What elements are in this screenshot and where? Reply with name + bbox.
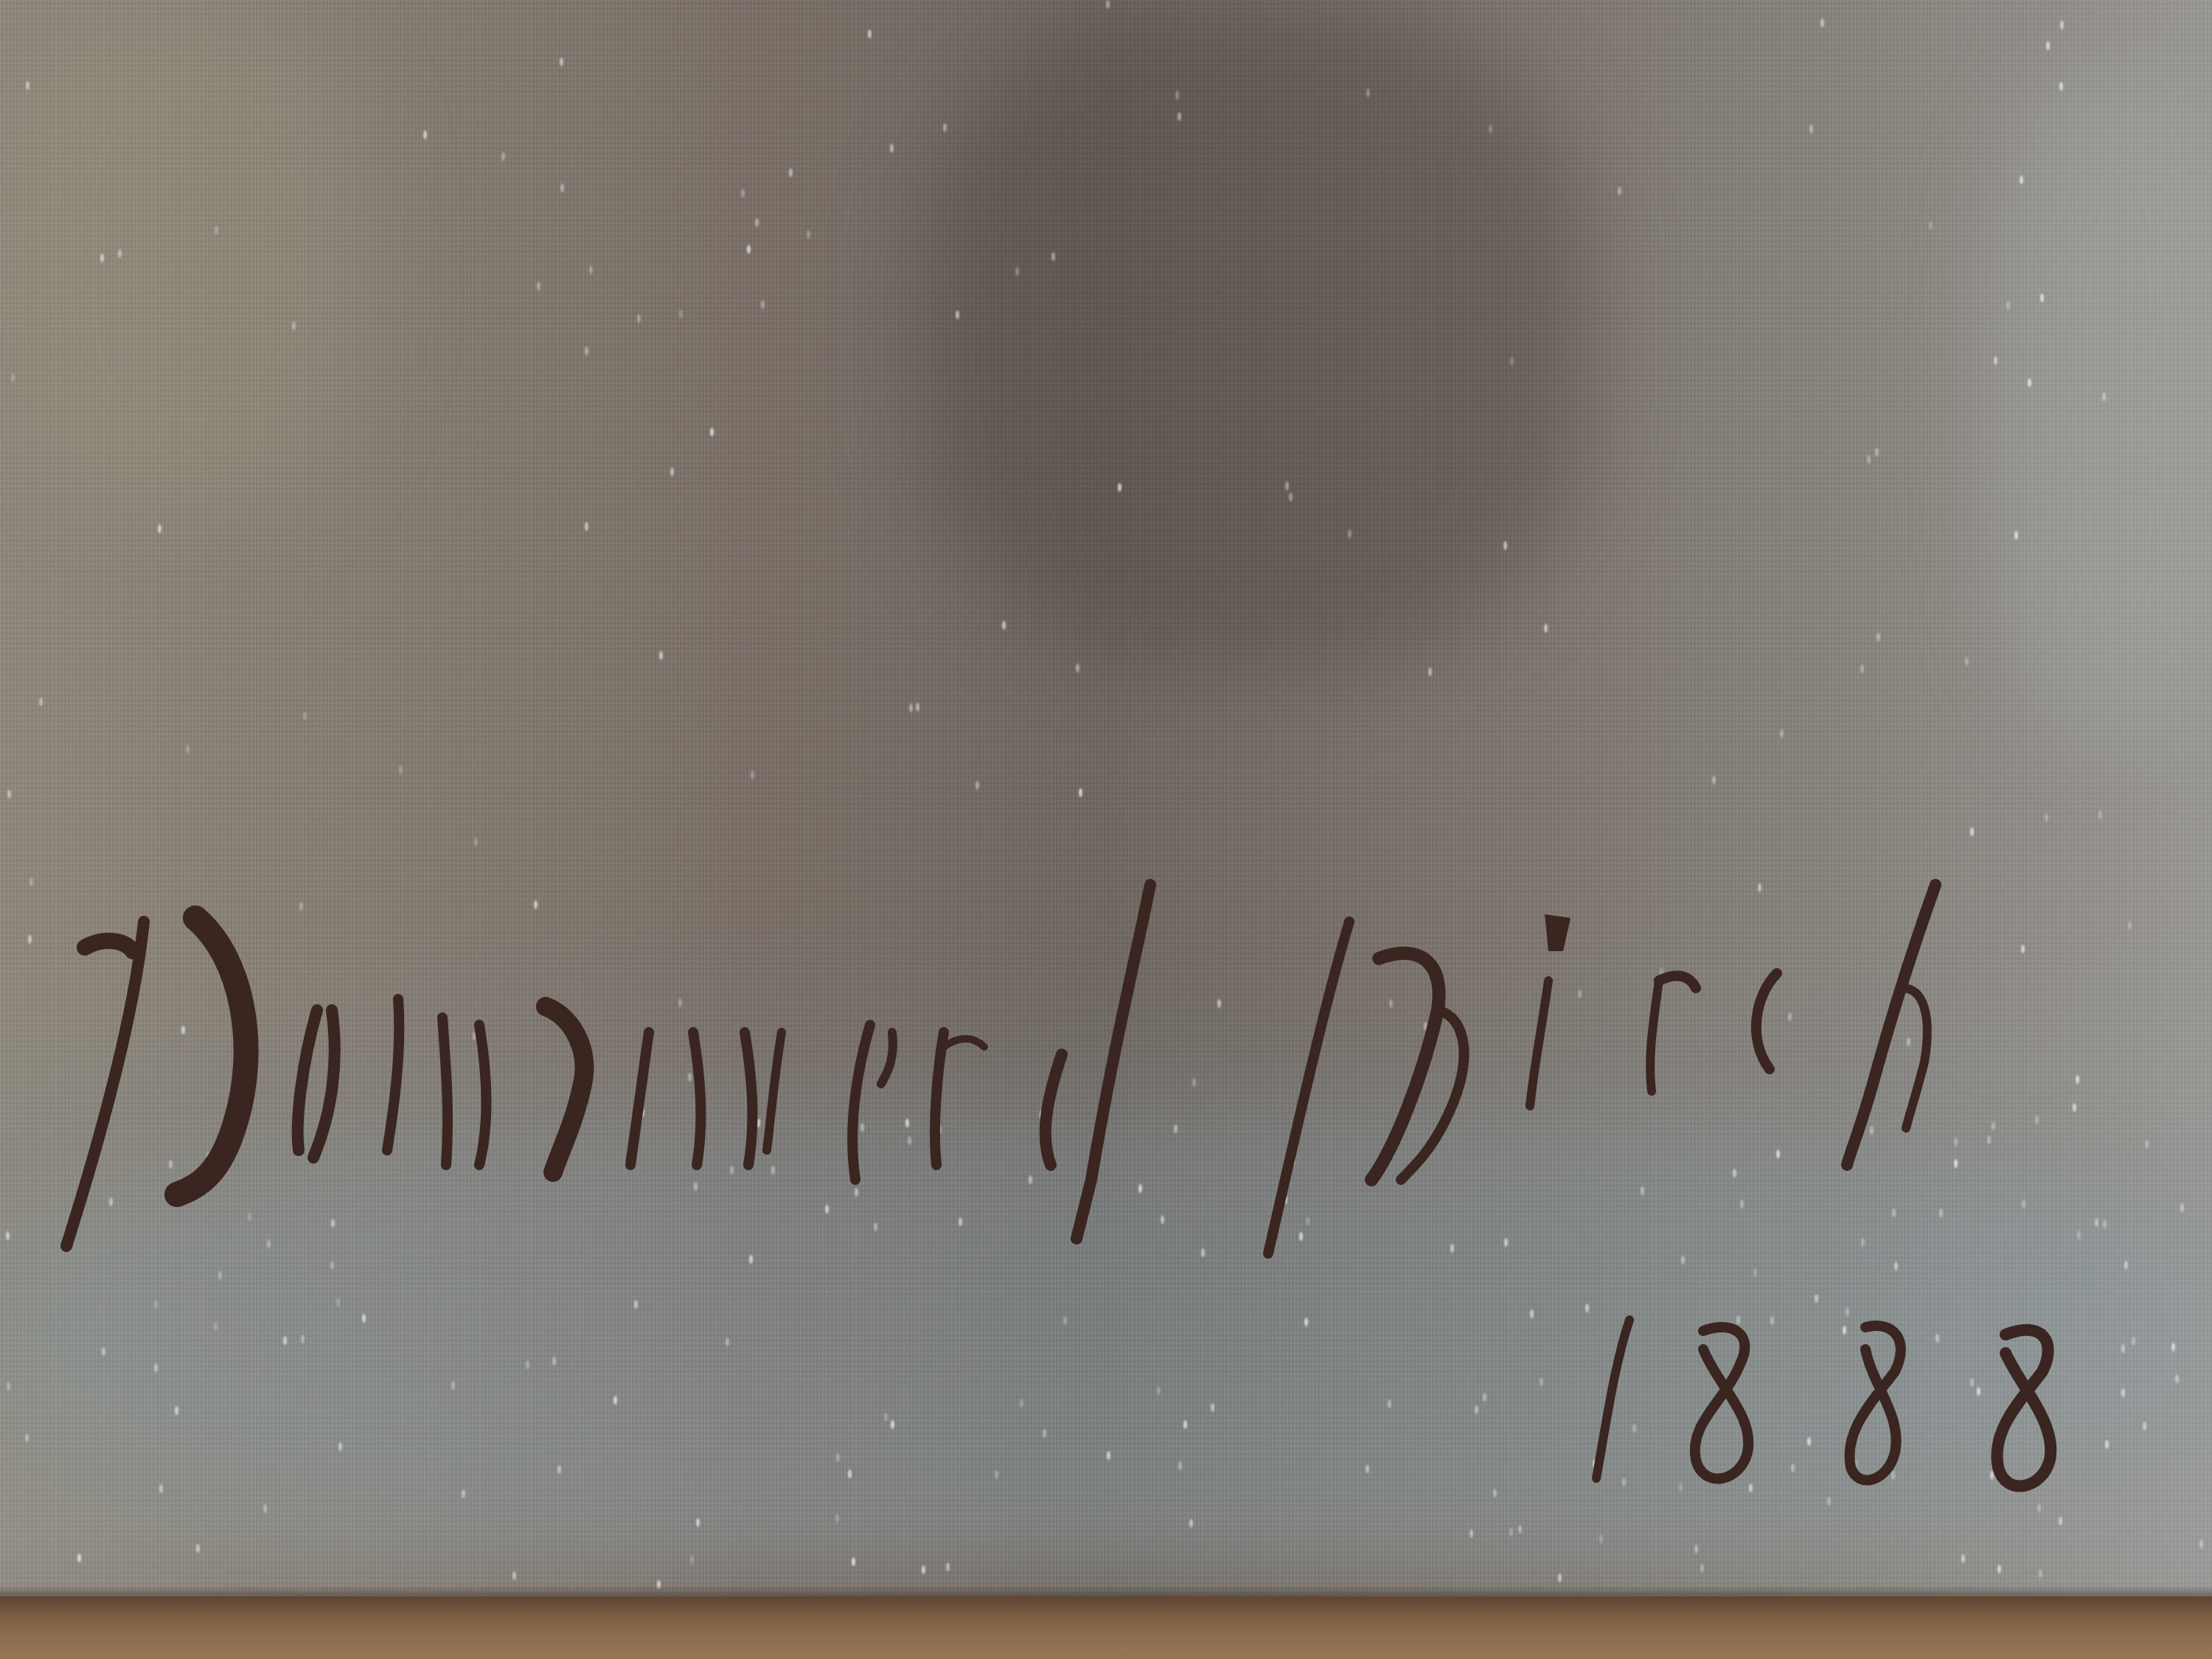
signature-date [1596,1320,2051,1486]
signature-name [66,885,1935,1253]
signature-artwork [0,0,2212,1659]
painted-canvas: Dowsmard Birch 1888 [0,0,2212,1659]
picture-frame-edge [0,1596,2212,1659]
